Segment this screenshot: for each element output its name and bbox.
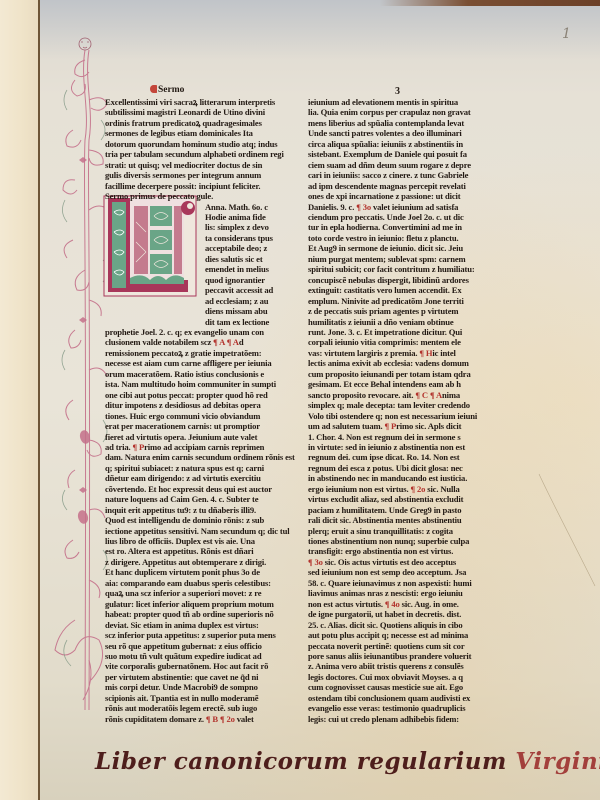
text-line: circa aliqua spũalia: ieiuniis z abstine… <box>308 139 511 149</box>
text-line: regnum dei. cum ipse dicat. Ro. 14. Non … <box>308 452 511 462</box>
text-line: one cibi aut potus peccat: propter quod … <box>105 390 303 400</box>
text-line: corpali ieiunio vitia comprimis: mentem … <box>308 337 511 347</box>
text-line: dies salutis sic et <box>105 254 303 264</box>
text-line: Unde sancti patres volentes a deo illumi… <box>308 128 511 138</box>
text-line: ad ecclesiam; z au <box>105 296 303 306</box>
text-line: lia. Quia enim corpus per crapulaz non g… <box>308 107 511 117</box>
text-line: ciendum pro peccatis. Unde Joel 2o. c. u… <box>308 212 511 222</box>
text-line: scipionis ait. Tpantia est in nullo mode… <box>105 693 303 703</box>
text-line: ergo ieiunium non est virtus. ¶ 2o sic. … <box>308 484 511 494</box>
text-line: ciem suam ad dñm deum suum rogare z depr… <box>308 160 511 170</box>
text-line: facillime decerpere possit: incipiunt fe… <box>105 181 303 191</box>
text-line: paciam z humilitatem. Unde Greg9 in past… <box>308 505 511 515</box>
text-line: runt. Jone. 3. c. Et impetratione dicitu… <box>308 327 511 337</box>
text-line: regnum dei esca z potus. Ubi dicit glosa… <box>308 463 511 473</box>
text-line: Excellentissimi viri sacraꝝ litterarum i… <box>105 97 303 107</box>
text-line: lectis anima exivit ab ecclesia: vadens … <box>308 358 511 368</box>
text-line: in abstinendo nec in manducando est iust… <box>308 473 511 483</box>
text-line: diens missam abu <box>105 306 303 316</box>
text-line: subtilissimi magistri Leonardi de Utino … <box>105 107 303 117</box>
text-line: mis corpi detur. Unde Macrobi9 de sompno <box>105 682 303 692</box>
text-line: peccavit accessit ad <box>105 285 303 295</box>
water-stain <box>40 0 600 60</box>
text-line: ostendam tibi conclusionem quam audivist… <box>308 693 511 703</box>
page-top-edge <box>380 0 600 6</box>
text-line: cõvertendo. Et hoc expressit deus qui es… <box>105 484 303 494</box>
text-line: z dirigere. Appetitus aut obtemperare z … <box>105 557 303 567</box>
text-line: concupiscẽ nebulas dispergit, libidinũ a… <box>308 275 511 285</box>
text-line: cari in ieiuniis: sacco z cinere. z tunc… <box>308 170 511 180</box>
text-line: sistebant. Exemplum de Daniele qui posui… <box>308 149 511 159</box>
text-line: pore sanus aliis ieiunantibus prandere v… <box>308 651 511 661</box>
text-line: transfigit: ergo abstinentia non est vir… <box>308 546 511 556</box>
text-line: prophetie Joel. 2. c. q; ex evangelio un… <box>105 327 303 337</box>
text-line: toto corde vestro in ieiunio: fletu z pl… <box>308 233 511 243</box>
text-line: gesimam. Et ecce Behal intendens eam ab … <box>308 379 511 389</box>
text-line: fieret ad virtutis opera. Jeiunium aute … <box>105 432 303 442</box>
text-line: quaꝝ una scz inferior a superiori movet:… <box>105 588 303 598</box>
text-line: emplum. Ninivite ad predicatõm Jone terr… <box>308 296 511 306</box>
text-line: seu rõ que appetitum gubernat: z eius of… <box>105 641 303 651</box>
text-line: legis doctores. Cui mox obviavit Moyses.… <box>308 672 511 682</box>
text-line: ditur impotens z desidiosus ad debitas o… <box>105 400 303 410</box>
text-line: tur in epla hodierna. Convertimini ad me… <box>308 222 511 232</box>
text-line: iectione appetitus sensitivi. Nam secund… <box>105 526 303 536</box>
text-line: dit tam ex lectione <box>105 317 303 327</box>
text-line: erat per macerationem carnis: ut prompti… <box>105 421 303 431</box>
inscription-part-1: Liber canonicorum regularium <box>95 748 507 775</box>
text-line: Quod est intelligendu de dominio rõnis: … <box>105 515 303 525</box>
right-text-column: ieiunium ad elevationem mentis in spirit… <box>308 97 511 724</box>
text-line: necesse est aiam cum carne affligere per… <box>105 358 303 368</box>
text-line: ordinis fratrum predicatoꝝ quadragesimal… <box>105 118 303 128</box>
text-line: Sermo primus de peccato gule. <box>105 191 303 201</box>
text-line: tria per tabulam secundum alphabeti ordi… <box>105 149 303 159</box>
text-line: 58. c. Quare ieiunavimus z non aspexisti… <box>308 578 511 588</box>
text-line: deviat. Sic etiam in anima duplex est vi… <box>105 620 303 630</box>
text-line: Hodie anima fide <box>105 212 303 222</box>
page-edge <box>0 0 39 800</box>
paper-crease <box>537 470 597 590</box>
text-line: lius libro de officiis. Duplex est vis a… <box>105 536 303 546</box>
text-line: 1. Chor. 4. Non est regnum dei in sermon… <box>308 432 511 442</box>
text-line: dñetur eam dirigendo: z ad virtutis exer… <box>105 473 303 483</box>
text-line: aut potu plus accipit q; necesse est ad … <box>308 630 511 640</box>
text-line: emendet in melius <box>105 264 303 274</box>
text-line: mens liberius ad spũalia contemplanda le… <box>308 118 511 128</box>
text-line: Danielis. 9. c. ¶ 3o valet ieiunium ad s… <box>308 202 511 212</box>
text-line: habeat: propter quod tñ ab ordine superi… <box>105 609 303 619</box>
text-line: nature loquens ad Caim Gen. 4. c. Subter… <box>105 494 303 504</box>
text-line: ad ipm descendente magnas percepit revel… <box>308 181 511 191</box>
text-line: liavimus animas nras z nescisti: ergo ie… <box>308 588 511 598</box>
inscription-part-2: Virginis In clerus tum <box>507 748 600 775</box>
left-text-column: Excellentissimi viri sacraꝝ litterarum i… <box>105 97 303 724</box>
pilcrow-icon <box>150 85 157 93</box>
text-line: extinguit: castitatis vero lumen accendi… <box>308 285 511 295</box>
text-line: ta considerans tpus <box>105 233 303 243</box>
text-line: humilitatis z ieiunii a dño veniam obtin… <box>308 317 511 327</box>
text-line: vite corporalis gubernatõnem. Hoc aut fa… <box>105 661 303 671</box>
text-line: plerq; eruit a sinu tranquillitatis: z c… <box>308 526 511 536</box>
text-line: ones de xpi incarnatione z passione: ut … <box>308 191 511 201</box>
text-line: ieiunium ad elevationem mentis in spirit… <box>308 97 511 107</box>
ownership-inscription: Liber canonicorum regularium Virginis In… <box>95 748 525 788</box>
text-line: rõnis cupiditatem domare z. ¶ B ¶ 2o val… <box>105 714 303 724</box>
text-line: Anna. Math. 6o. c <box>105 202 303 212</box>
text-line: peccata noverit pertinẽ: quotiens cum si… <box>308 641 511 651</box>
text-line: nium purgat mentem; sublevat spm: carnem <box>308 254 511 264</box>
folio-number: 1 <box>562 26 571 42</box>
text-line: per virtutem abstinentie: que cavet ne q… <box>105 672 303 682</box>
text-line: sermones de legibus etiam dominicales It… <box>105 128 303 138</box>
text-line: um ad salutem tuam. ¶ Primo sic. Apls di… <box>308 421 511 431</box>
text-line: aia: comparando eam duabus speris celest… <box>105 578 303 588</box>
text-line: virtus excludit aliaz, sed abstinentia e… <box>308 494 511 504</box>
text-line: suo motu tñ vult quãtum expedire iudicat… <box>105 651 303 661</box>
text-line: z. Anima vero abiit tristis querens z co… <box>308 661 511 671</box>
text-line: 25. c. Alias. dicit sic. Quotiens aliqui… <box>308 620 511 630</box>
text-line: Volo tibi ostendere q; non est necessari… <box>308 411 511 421</box>
text-line: tiones abstinentium non nunq; superbie c… <box>308 536 511 546</box>
text-line: sancto proposito revocare. ait. ¶ C ¶ An… <box>308 390 511 400</box>
text-line: gulis diversis sermones per integrum ann… <box>105 170 303 180</box>
text-line: dam. Natura enim carnis secundum ordinem… <box>105 452 303 462</box>
text-line: simplex q; male decepta: tam leviter cre… <box>308 400 511 410</box>
text-line: strati: ut quisq; vel mediocriter doctus… <box>105 160 303 170</box>
text-line: q; spiritui subiacet: z natura spus est … <box>105 463 303 473</box>
text-line: ista. Nam multitudo hoim communiter in s… <box>105 379 303 389</box>
text-line: in virtute: sed in ieiunio z abstinentia… <box>308 442 511 452</box>
text-line: est ro. Altera est appetitus. Rõnis est … <box>105 546 303 556</box>
text-line: ¶ 3o sic. Ois actus virtutis est deo acc… <box>308 557 511 567</box>
text-line: tiones. Huic ergo communi vicio obviandu… <box>105 411 303 421</box>
text-line: gulatur: licet inferior aliquem proprium… <box>105 599 303 609</box>
text-line: cum proposito ieiunandi per totam istam … <box>308 369 511 379</box>
text-line: legis: cui ut credo plenam adhibebis fid… <box>308 714 511 724</box>
text-line: Et hanc duplicem virtutem ponit phus 3o … <box>105 567 303 577</box>
text-line: clusionem valde notabilem scz ¶ A ¶ Ad <box>105 337 303 347</box>
text-line: spiritui subicit; cor facit contritum z … <box>308 264 511 274</box>
text-line: sed ieiunium non est semp deo acceptum. … <box>308 567 511 577</box>
text-line: remissionem peccatoꝝ z gratie impetratõe… <box>105 348 303 358</box>
text-line: Et Aug9 in sermone de ieiunio. dicit sic… <box>308 243 511 253</box>
text-line: rõnis aut moderatõis legem erectẽ. sub i… <box>105 703 303 713</box>
text-line: ad tria. ¶ Primo ad accipiam carnis repr… <box>105 442 303 452</box>
text-line: vas: virtutem largiris z premia. ¶ Hic i… <box>308 348 511 358</box>
text-line: quod ignorantier <box>105 275 303 285</box>
text-line: non est actus virtutis. ¶ 4o sic. Aug. i… <box>308 599 511 609</box>
text-line: de igne purgatorii, ut habet in decretis… <box>308 609 511 619</box>
column-number: 3 <box>395 86 400 97</box>
text-line: scz inferior puta appetitus: z superior … <box>105 630 303 640</box>
text-line: inquit erit appetitus tu9: z tu dñaberis… <box>105 505 303 515</box>
text-line: cum cognovisset causas mesticie sue ait.… <box>308 682 511 692</box>
text-line: evangelio esse veras: testimonio quadrup… <box>308 703 511 713</box>
text-line: rali dicit sic. Abstinentia mentes absti… <box>308 515 511 525</box>
text-line: z de peccatis suis priam agentes p virtu… <box>308 306 511 316</box>
sermo-heading: Sermo <box>150 85 184 95</box>
text-line: acceptabile deo; z <box>105 243 303 253</box>
text-line: lis: simplex z devo <box>105 222 303 232</box>
text-line: orum maceratõem. Ratio istius conclusion… <box>105 369 303 379</box>
text-line: dotorum quorundam hominum studio atq; in… <box>105 139 303 149</box>
